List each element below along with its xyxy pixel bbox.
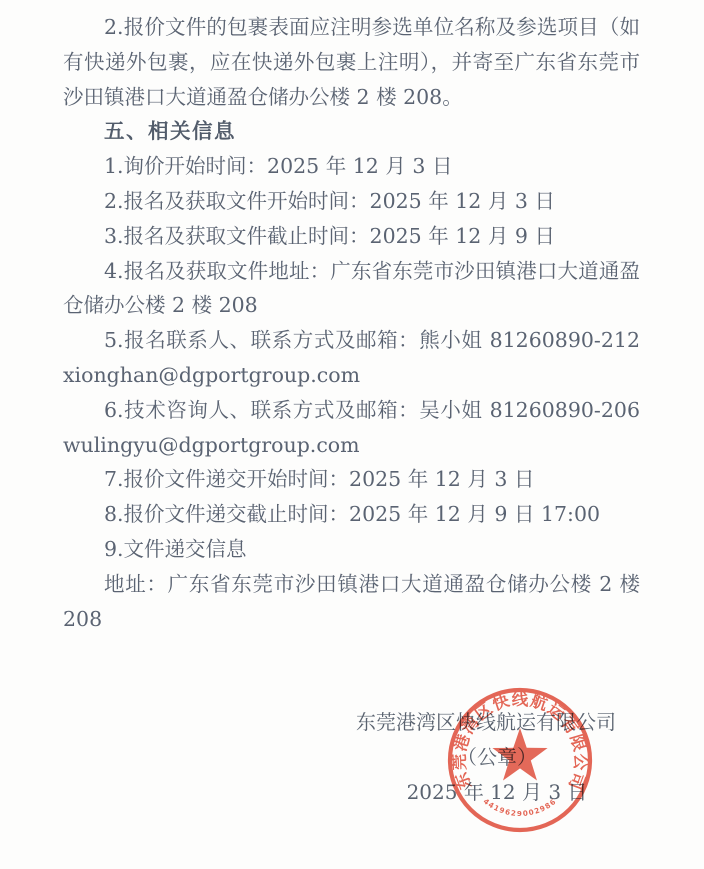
item1-inquiry-start: 1.询价开始时间：2025 年 12 月 3 日 — [63, 149, 640, 184]
item3-signup-deadline: 3.报名及获取文件截止时间：2025 年 12 月 9 日 — [63, 219, 640, 254]
svg-text:4419629002986: 4419629002986 — [482, 797, 559, 818]
item5-contact-email: xionghan@dgportgroup.com — [63, 358, 640, 393]
item10-address-line2: 208 — [63, 602, 640, 637]
item2-signup-start: 2.报名及获取文件开始时间：2025 年 12 月 3 日 — [63, 184, 640, 219]
item9-submit-info: 9.文件递交信息 — [63, 532, 640, 567]
item5-contact-line1: 5.报名联系人、联系方式及邮箱：熊小姐 81260890-212 — [63, 323, 640, 358]
item7-submit-start: 7.报价文件递交开始时间：2025 年 12 月 3 日 — [63, 462, 640, 497]
item4-address-line1: 4.报名及获取文件地址：广东省东莞市沙田镇港口大道通盈 — [63, 254, 640, 289]
item4-address-line2: 仓储办公楼 2 楼 208 — [63, 288, 640, 323]
item6-contact-email: wulingyu@dgportgroup.com — [63, 428, 640, 463]
company-seal-svg: 东莞港湾区快线航运有限公司 4419629002986 — [445, 685, 595, 835]
company-seal-stamp: 东莞港湾区快线航运有限公司 4419629002986 — [445, 685, 595, 835]
item10-address-line1: 地址：广东省东莞市沙田镇港口大道通盈仓储办公楼 2 楼 — [63, 567, 640, 602]
item6-contact-line1: 6.技术咨询人、联系方式及邮箱：吴小姐 81260890-206 — [63, 393, 640, 428]
clause-packaging-line2: 有快递外包裹，应在快递外包裹上注明），并寄至广东省东莞市 — [63, 45, 640, 80]
clause-packaging-line1: 2.报价文件的包裹表面应注明参选单位名称及参选项目（如 — [63, 10, 640, 45]
section-heading: 五、相关信息 — [63, 114, 640, 149]
clause-packaging-line3: 沙田镇港口大道通盈仓储办公楼 2 楼 208。 — [63, 80, 640, 115]
seal-star-icon — [492, 728, 547, 781]
item8-submit-deadline: 8.报价文件递交截止时间：2025 年 12 月 9 日 17:00 — [63, 497, 640, 532]
seal-code-text: 4419629002986 — [482, 797, 559, 818]
body-text: 2.报价文件的包裹表面应注明参选单位名称及参选项目（如 有快递外包裹，应在快递外… — [63, 10, 640, 636]
document-page: 2.报价文件的包裹表面应注明参选单位名称及参选项目（如 有快递外包裹，应在快递外… — [0, 0, 704, 869]
